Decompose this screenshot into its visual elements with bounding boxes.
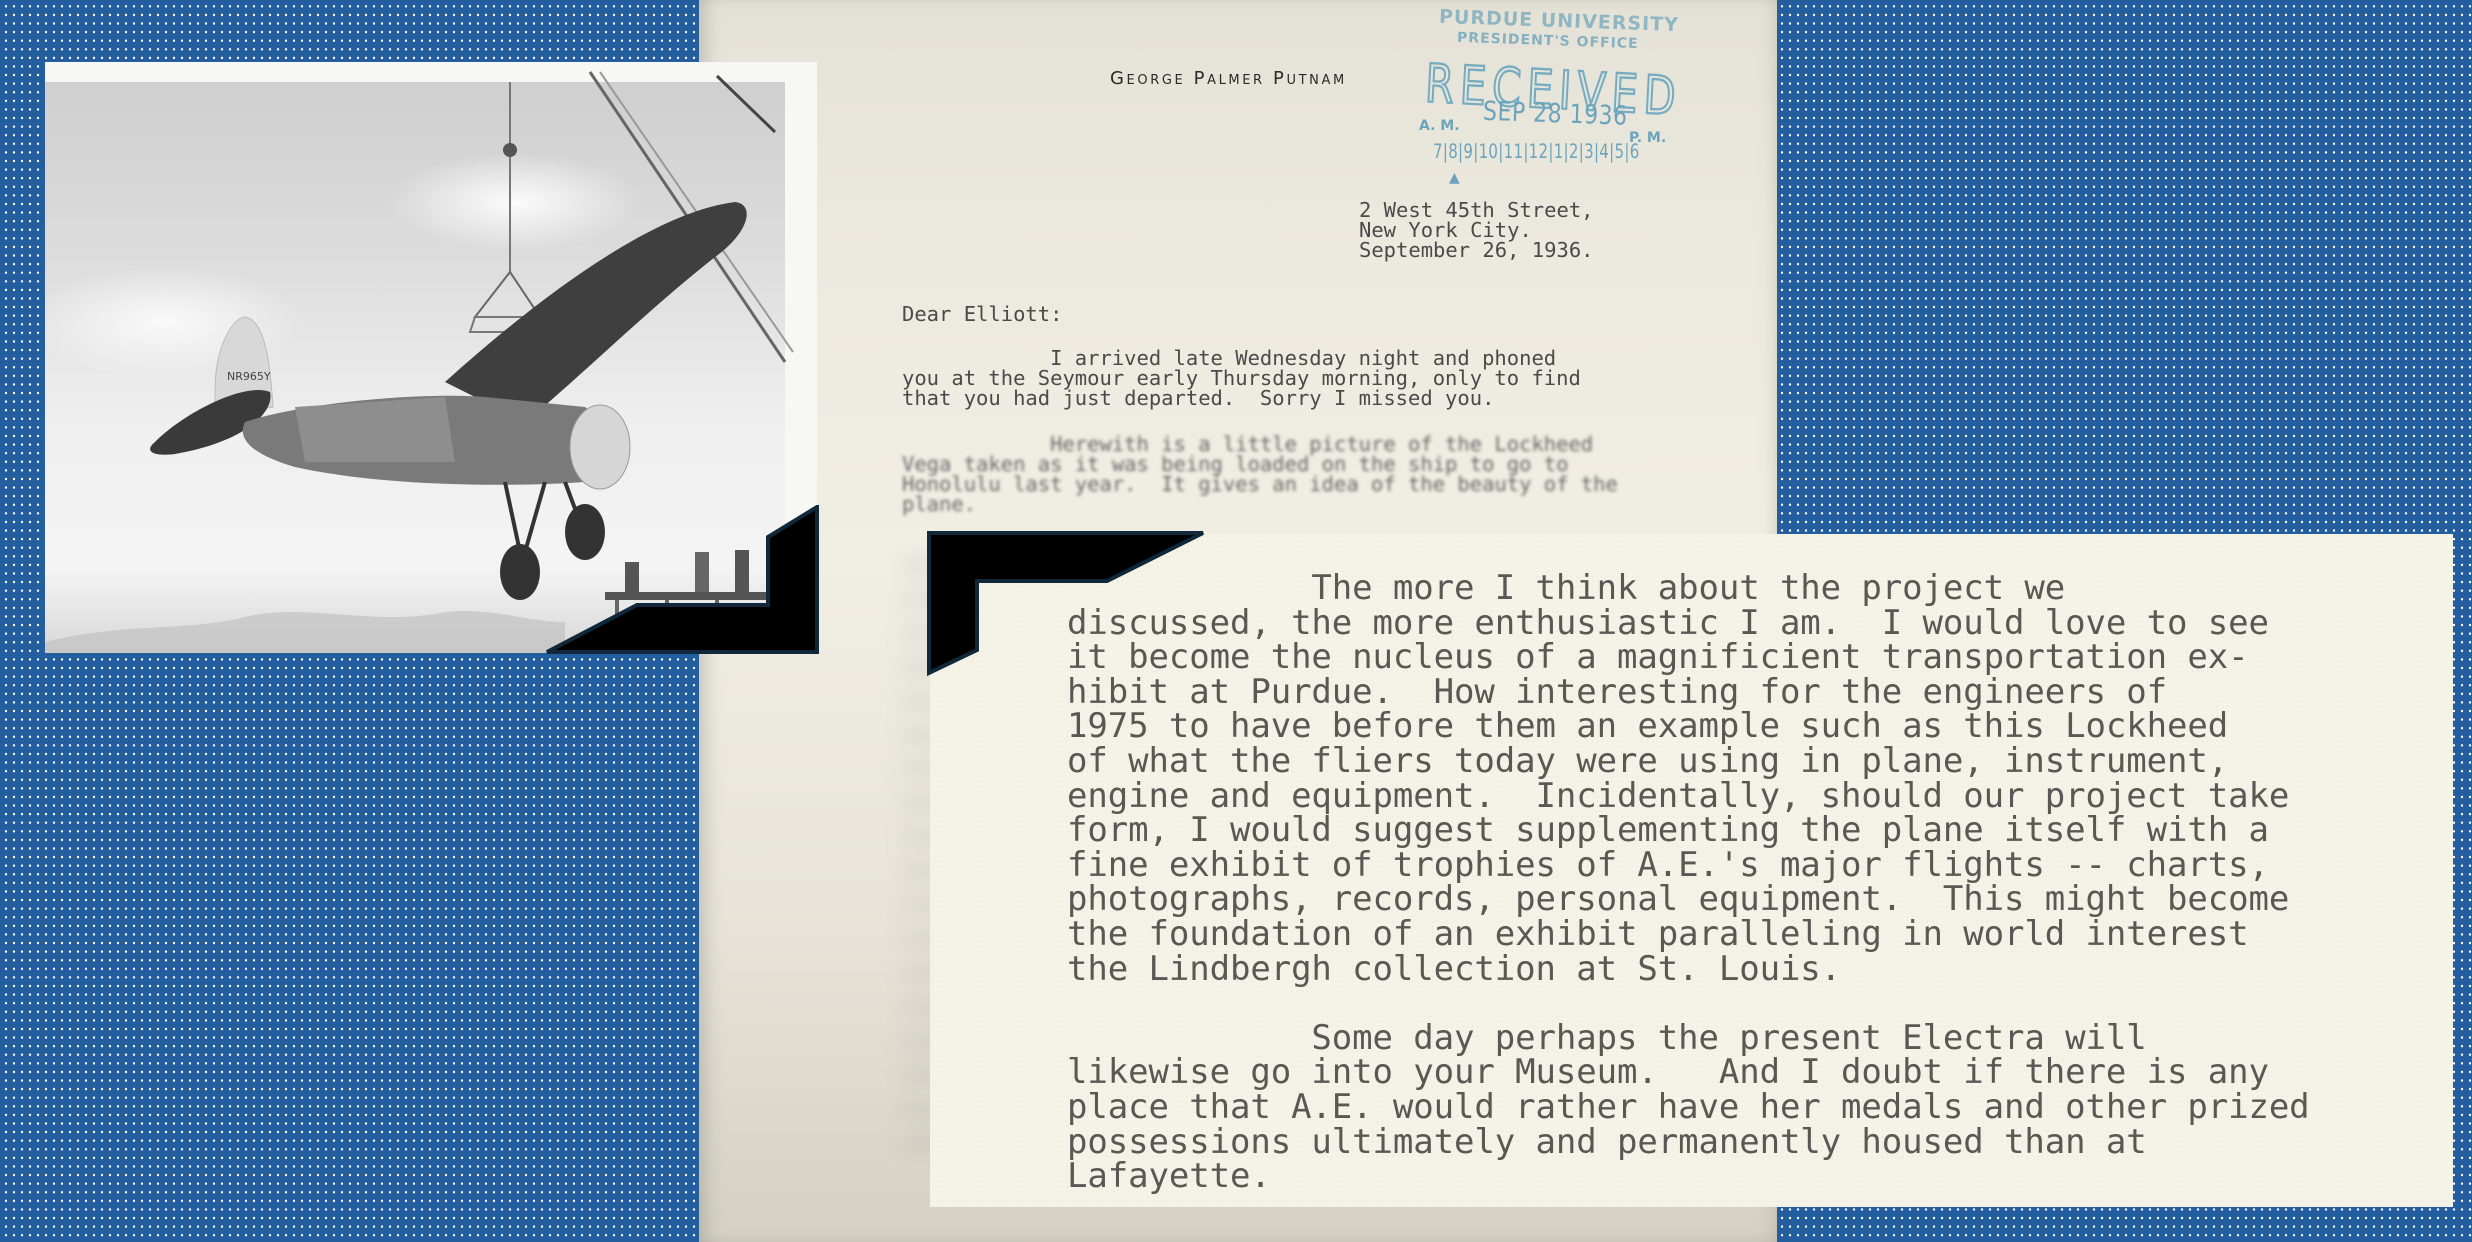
address-line: September 26, 1936. xyxy=(1359,240,1594,260)
excerpt-corner-bracket-icon xyxy=(925,529,1210,679)
text-line: possessions ultimately and permanently h… xyxy=(1067,1125,2310,1160)
text-line: Herewith is a little picture of the Lock… xyxy=(902,434,1618,454)
text-line: you at the Seymour early Thursday mornin… xyxy=(902,368,1581,388)
tail-number: NR965Y xyxy=(227,370,271,383)
excerpt-text: The more I think about the project wedis… xyxy=(1067,571,2310,1194)
letterhead-name: George Palmer Putnam xyxy=(1110,68,1347,89)
text-line: I arrived late Wednesday night and phone… xyxy=(902,348,1581,368)
text-line: engine and equipment. Incidentally, shou… xyxy=(1067,779,2310,814)
text-line: hibit at Purdue. How interesting for the… xyxy=(1067,675,2310,710)
blank-line xyxy=(1067,986,2310,1021)
stamp-date: SEP 28 1936 xyxy=(1483,97,1629,132)
text-line: plane. xyxy=(902,494,1618,514)
text-line: discussed, the more enthusiastic I am. I… xyxy=(1067,606,2310,641)
photo-corner-bracket-icon xyxy=(540,505,825,660)
text-line: Lafayette. xyxy=(1067,1159,2310,1194)
letter-paragraph-1: I arrived late Wednesday night and phone… xyxy=(902,348,1581,408)
text-line: likewise go into your Museum. And I doub… xyxy=(1067,1055,2310,1090)
stamp-arrow-icon: ▲ xyxy=(1449,170,1460,186)
text-line: the foundation of an exhibit paralleling… xyxy=(1067,917,2310,952)
text-line: of what the fliers today were using in p… xyxy=(1067,744,2310,779)
received-stamp: PURDUE UNIVERSITY PRESIDENT'S OFFICE REC… xyxy=(1419,6,1679,196)
text-line: fine exhibit of trophies of A.E.'s major… xyxy=(1067,848,2310,883)
text-line: place that A.E. would rather have her me… xyxy=(1067,1090,2310,1125)
text-line: photographs, records, personal equipment… xyxy=(1067,882,2310,917)
address-line: New York City. xyxy=(1359,220,1594,240)
text-line: Some day perhaps the present Electra wil… xyxy=(1067,1021,2310,1056)
salutation: Dear Elliott: xyxy=(902,304,1062,324)
text-line: Honolulu last year. It gives an idea of … xyxy=(902,474,1618,494)
sender-address: 2 West 45th Street,New York City.Septemb… xyxy=(1359,200,1594,260)
letter-paragraph-2-blurred: Herewith is a little picture of the Lock… xyxy=(902,434,1618,514)
text-line: it become the nucleus of a magnificient … xyxy=(1067,640,2310,675)
address-line: 2 West 45th Street, xyxy=(1359,200,1594,220)
stamp-hour-scale: 7|8|9|10|11|12|1|2|3|4|5|6 xyxy=(1433,140,1640,163)
text-line: the Lindbergh collection at St. Louis. xyxy=(1067,952,2310,987)
text-line: form, I would suggest supplementing the … xyxy=(1067,813,2310,848)
text-line: 1975 to have before them an example such… xyxy=(1067,709,2310,744)
text-line: Vega taken as it was being loaded on the… xyxy=(902,454,1618,474)
text-line: The more I think about the project we xyxy=(1067,571,2310,606)
stamp-am-label: A. M. xyxy=(1419,118,1460,134)
text-line: that you had just departed. Sorry I miss… xyxy=(902,388,1581,408)
